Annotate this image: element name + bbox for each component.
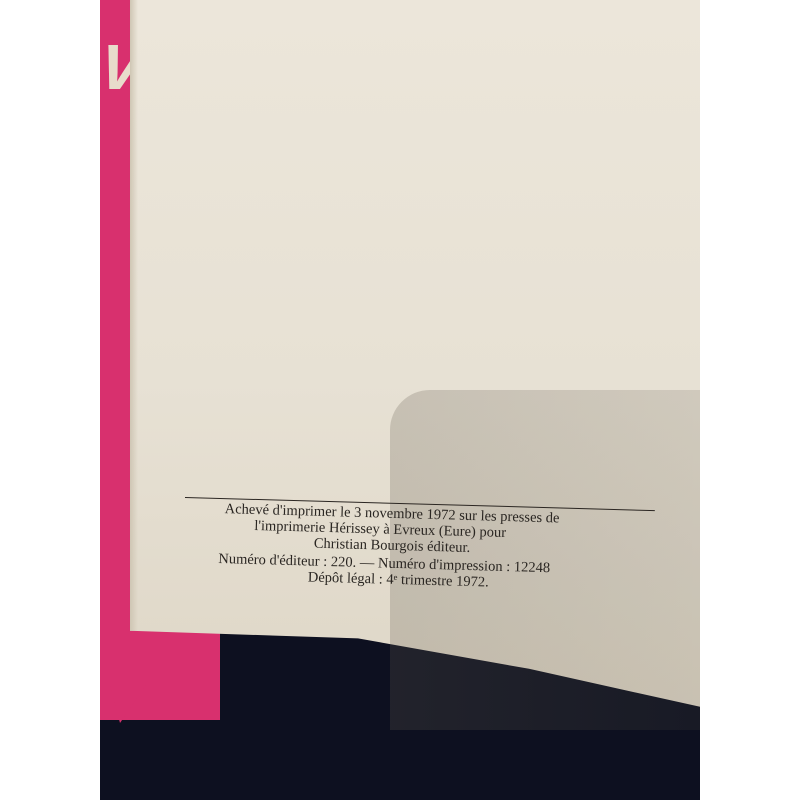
- cover-corner: [110, 685, 146, 723]
- colophon: Achevé d'imprimer le 3 novembre 1972 sur…: [183, 500, 655, 595]
- photo: VC Achevé d'imprimer le 3 novembre 1972 …: [100, 0, 700, 800]
